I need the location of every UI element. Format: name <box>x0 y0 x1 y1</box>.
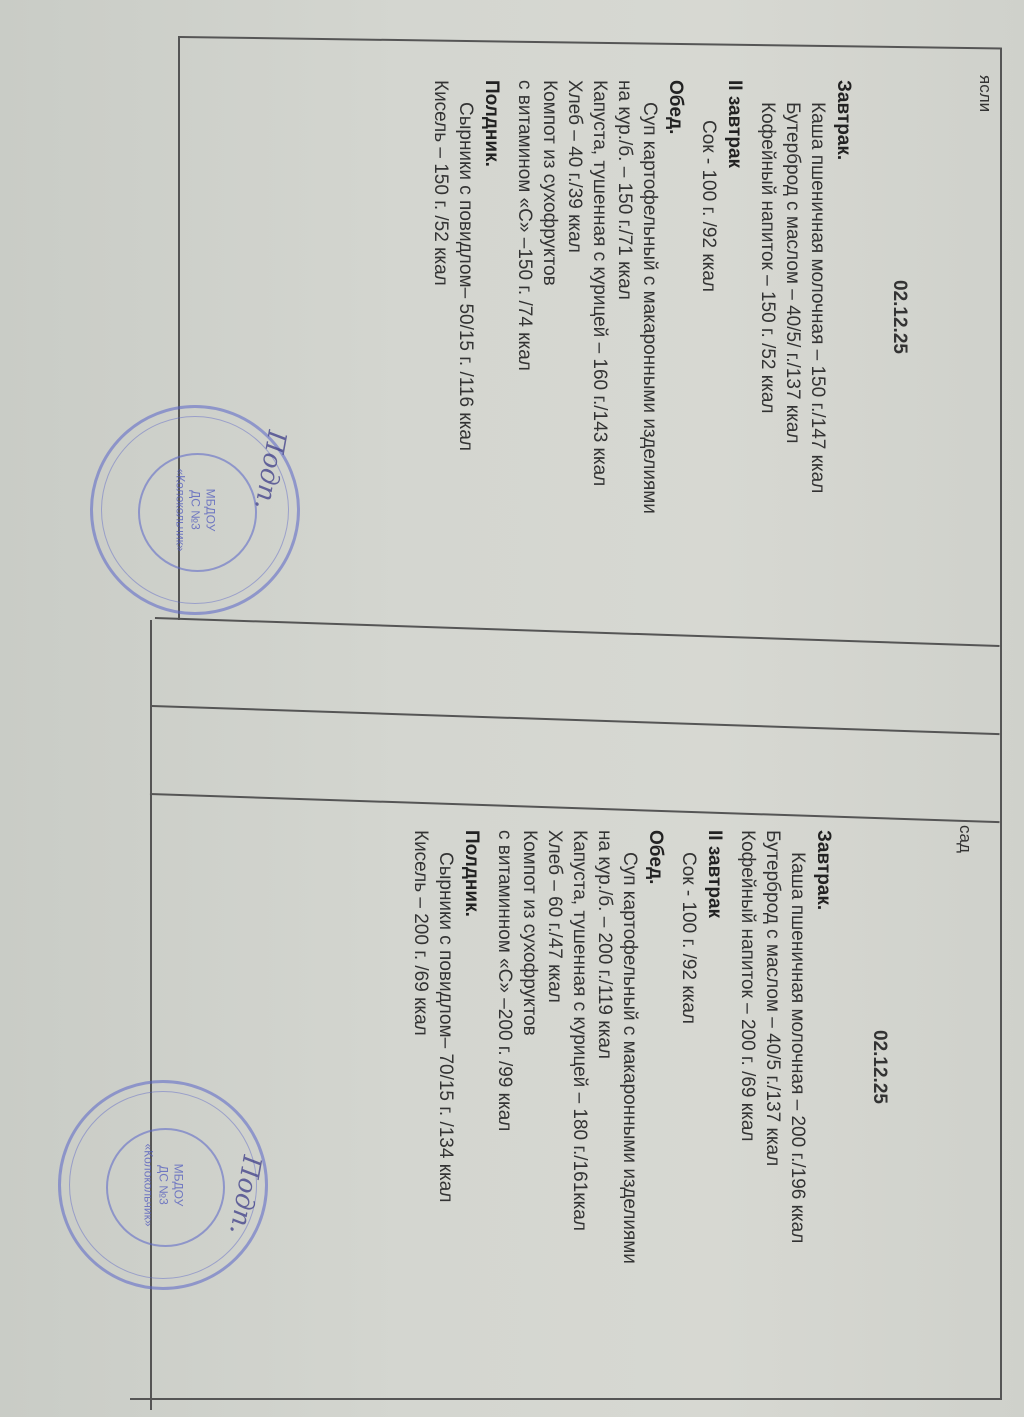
stamp-text: МБДОУ ДС №3 «Колокольчик» <box>141 1143 186 1226</box>
section-title: Завтрак. <box>812 830 834 1264</box>
menu-item: Кофейный напиток – 150 г. /52 ккал <box>755 80 780 514</box>
menu-item: Кофейный напиток – 200 г. /69 ккал <box>735 830 760 1264</box>
stamp-text: МБДОУ ДС №3 «Колокольчик» <box>173 468 218 551</box>
menu-date: 02.12.25 <box>888 280 910 354</box>
section-title: Полдник. <box>460 830 482 1264</box>
menu-item: с витаминном «С» –200 г. /99 ккал <box>492 830 517 1264</box>
menu-item: на кур./б. – 200 г./119 ккал <box>592 830 617 1264</box>
menu-panel-nursery: ясли 02.12.25 Завтрак. Каша пшеничная мо… <box>300 70 1000 650</box>
menu-date: 02.12.25 <box>868 1030 890 1104</box>
menu-item: Капуста, тушенная с курицей – 180 г./161… <box>567 830 592 1264</box>
section-afternoon-snack: Полдник. Сырники с повидлом– 50/15 г. /1… <box>428 80 502 514</box>
menu-item: Сок - 100 г. /92 ккал <box>676 830 701 1264</box>
section-breakfast: Завтрак. Каша пшеничная молочная – 200 г… <box>735 830 834 1264</box>
row-divider-2 <box>152 705 1000 735</box>
menu-item: Хлеб – 60 г./47 ккал <box>542 830 567 1264</box>
menu-item: Компот из сухофруктов <box>537 80 562 514</box>
group-label: ясли <box>975 75 995 112</box>
table-border-right <box>1000 48 1002 1400</box>
table-border-top <box>180 36 1002 49</box>
section-lunch: Обед. Суп картофельный с макаронными изд… <box>492 830 666 1264</box>
menu-sections: Завтрак. Каша пшеничная молочная – 150 г… <box>428 80 864 514</box>
menu-panel-kindergarten: сад 02.12.25 Завтрак. Каша пшеничная мол… <box>260 820 980 1400</box>
section-title: II завтрак <box>703 830 725 1264</box>
menu-item: на кур./б. – 150 г./71 ккал <box>612 80 637 514</box>
menu-item: Бутерброд с маслом – 40/5/ г./137 ккал <box>780 80 805 514</box>
row-divider-3 <box>150 793 1000 823</box>
menu-item: Кисель – 200 г. /69 ккал <box>408 830 433 1264</box>
section-title: Завтрак. <box>832 80 854 514</box>
section-second-breakfast: II завтрак Сок - 100 г. /92 ккал <box>696 80 745 514</box>
menu-item: с витамином «С» –150 г. /74 ккал <box>512 80 537 514</box>
menu-item: Суп картофельный с макаронными изделиями <box>617 830 642 1264</box>
menu-item: Сырники с повидлом– 50/15 г. /116 ккал <box>453 80 478 514</box>
section-title: Обед. <box>644 830 666 1264</box>
section-lunch: Обед. Суп картофельный с макаронными изд… <box>512 80 686 514</box>
menu-item: Каша пшеничная молочная – 150 г./147 кка… <box>805 80 830 514</box>
section-title: Полдник. <box>480 80 502 514</box>
menu-item: Суп картофельный с макаронными изделиями <box>637 80 662 514</box>
section-breakfast: Завтрак. Каша пшеничная молочная – 150 г… <box>755 80 854 514</box>
menu-sections: Завтрак. Каша пшеничная молочная – 200 г… <box>408 830 844 1264</box>
menu-item: Компот из сухофруктов <box>517 830 542 1264</box>
section-afternoon-snack: Полдник. Сырники с повидлом– 70/15 г. /1… <box>408 830 482 1264</box>
menu-item: Кисель – 150 г. /52 ккал <box>428 80 453 514</box>
group-label: сад <box>955 825 975 853</box>
menu-item: Каша пшеничная молочная – 200 г./196 кка… <box>785 830 810 1264</box>
section-title: Обед. <box>664 80 686 514</box>
menu-item: Хлеб – 40 г./39 ккал <box>562 80 587 514</box>
menu-item: Капуста, тушенная с курицей – 160 г./143… <box>587 80 612 514</box>
menu-item: Сырники с повидлом– 70/15 г. /134 ккал <box>433 830 458 1264</box>
table-border-left-bottom <box>150 620 152 1410</box>
menu-item: Бутерброд с маслом – 40/5 г./137 ккал <box>760 830 785 1264</box>
section-second-breakfast: II завтрак Сок - 100 г. /92 ккал <box>676 830 725 1264</box>
section-title: II завтрак <box>723 80 745 514</box>
menu-item: Сок - 100 г. /92 ккал <box>696 80 721 514</box>
